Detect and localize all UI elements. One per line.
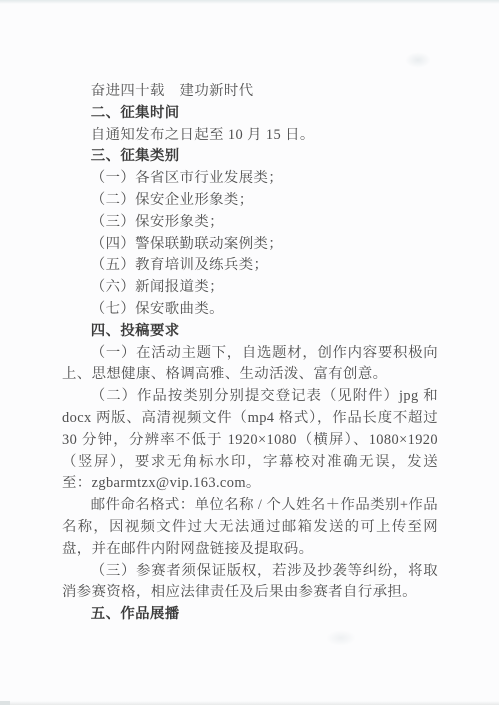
- category-item-7: （七）保安歌曲类。: [62, 299, 438, 321]
- scan-edge-bottom: [0, 701, 499, 705]
- category-item-4: （四）警保联勤联动案例类；: [62, 234, 438, 256]
- scan-smudge: [405, 52, 431, 68]
- para-email-naming-format: 邮件命名格式：单位名称 / 个人姓名＋作品类别+作品名称，因视频文件过大无法通过…: [62, 495, 438, 560]
- category-item-1: （一）各省区市行业发展类；: [62, 168, 438, 190]
- heading-section-3-categories: 三、征集类别: [62, 146, 438, 168]
- para-requirement-1-theme: （一）在活动主题下，自选题材，创作内容要积极向上、思想健康、格调高雅、生动活泼、…: [62, 343, 438, 387]
- heading-section-4-submission-requirements: 四、投稿要求: [62, 321, 438, 343]
- scan-corner-mark: [0, 701, 10, 705]
- category-item-6: （六）新闻报道类；: [62, 277, 438, 299]
- category-item-5: （五）教育培训及练兵类；: [62, 255, 438, 277]
- category-item-2: （二）保安企业形象类；: [62, 190, 438, 212]
- category-item-3: （三）保安形象类；: [62, 212, 438, 234]
- scan-smudge: [326, 630, 356, 646]
- para-collection-deadline: 自通知发布之日起至 10 月 15 日。: [62, 125, 438, 147]
- scan-edge-top: [0, 0, 499, 4]
- scanned-document-page: 奋进四十载 建功新时代 二、征集时间 自通知发布之日起至 10 月 15 日。 …: [0, 0, 499, 705]
- para-requirement-2-format-and-email: （二）作品按类别分别提交登记表（见附件）jpg 和 docx 两版、高清视频文件…: [62, 386, 438, 495]
- heading-section-5-works-broadcast: 五、作品展播: [62, 604, 438, 626]
- slogan-line: 奋进四十载 建功新时代: [62, 81, 438, 103]
- heading-section-2-collection-time: 二、征集时间: [62, 103, 438, 125]
- para-requirement-3-copyright: （三）参赛者须保证版权，若涉及抄袭等纠纷，将取消参赛资格，相应法律责任及后果由参…: [62, 561, 438, 605]
- document-body: 奋进四十载 建功新时代 二、征集时间 自通知发布之日起至 10 月 15 日。 …: [62, 81, 438, 626]
